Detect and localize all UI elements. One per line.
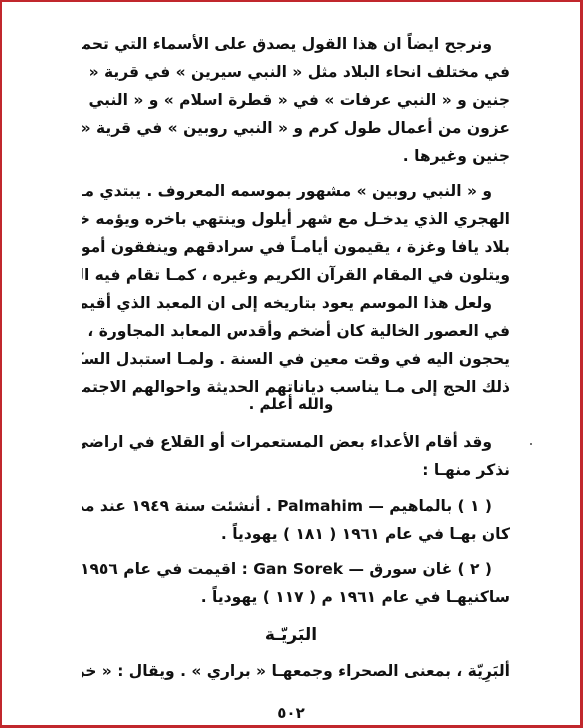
- paragraph-3-line-3: يحجون اليه في وقت معين في السنة . ولمـا …: [82, 345, 510, 373]
- page-number: ٥٠٢: [2, 702, 580, 724]
- section-heading: البَريّـة: [2, 622, 580, 648]
- closing-phrase: والله أعلم .: [2, 390, 580, 418]
- paragraph-1-line-5: جنين وغيرها .: [82, 142, 510, 170]
- paragraph-3-line-2: في العصور الخالية كان أضخم وأقدس المعابد…: [82, 317, 510, 345]
- stray-mark: [530, 443, 532, 445]
- settlement-2-line-2: ساكنيهـا في عام ١٩٦١ م ( ١١٧ ) يهودياً .: [82, 583, 510, 611]
- paragraph-2-line-1: و « النبي روبين » مشهور بموسمه المعروف .…: [82, 177, 510, 205]
- settlements-intro-line-1: وقد أقام الأعداء بعض المستعمرات أو القلا…: [82, 428, 510, 456]
- section-body: ألبَرِيّة ، بمعنى الصحراء وجمعهـا « برار…: [82, 657, 510, 685]
- paragraph-1-line-4: عزون من أعمال طول كرم و « النبي روبين » …: [82, 114, 510, 142]
- settlement-1-line-1: ( ١ ) بالماهيم — Palmahim . أنشئت سنة ١٩…: [82, 492, 510, 520]
- paragraph-1-line-2: في مختلف انحاء البلاد مثل « النبي سيرين …: [82, 58, 510, 86]
- settlement-2-line-1: ( ٢ ) غان سورق — Gan Sorek : اقيمت في عا…: [82, 555, 510, 583]
- settlements-intro-line-2: نذكر منهـا :: [82, 456, 510, 484]
- paragraph-1-line-1: ونرجح ايضاً ان هذا القول يصدق على الأسما…: [82, 30, 510, 58]
- paragraph-1-line-3: جنين و « النبي عرفات » في « قطرة اسلام »…: [82, 86, 510, 114]
- paragraph-3-line-1: ولعل هذا الموسم يعود بتاريخه إلى ان المع…: [82, 289, 510, 317]
- paragraph-2-line-2: الهجري الذي يدخـل مع شهر أيلول وينتهي با…: [82, 205, 510, 233]
- paragraph-2-line-3: بلاد يافا وغزة ، يقيمون أيامـاً في سرادق…: [82, 233, 510, 261]
- book-page: ونرجح ايضاً ان هذا القول يصدق على الأسما…: [0, 0, 583, 728]
- paragraph-2-line-4: ويتلون في المقام القرآن الكريم وغيره ، ك…: [82, 261, 510, 289]
- settlement-1-line-2: كان بهـا في عام ١٩٦١ ( ١٨١ ) يهودياً .: [82, 520, 510, 548]
